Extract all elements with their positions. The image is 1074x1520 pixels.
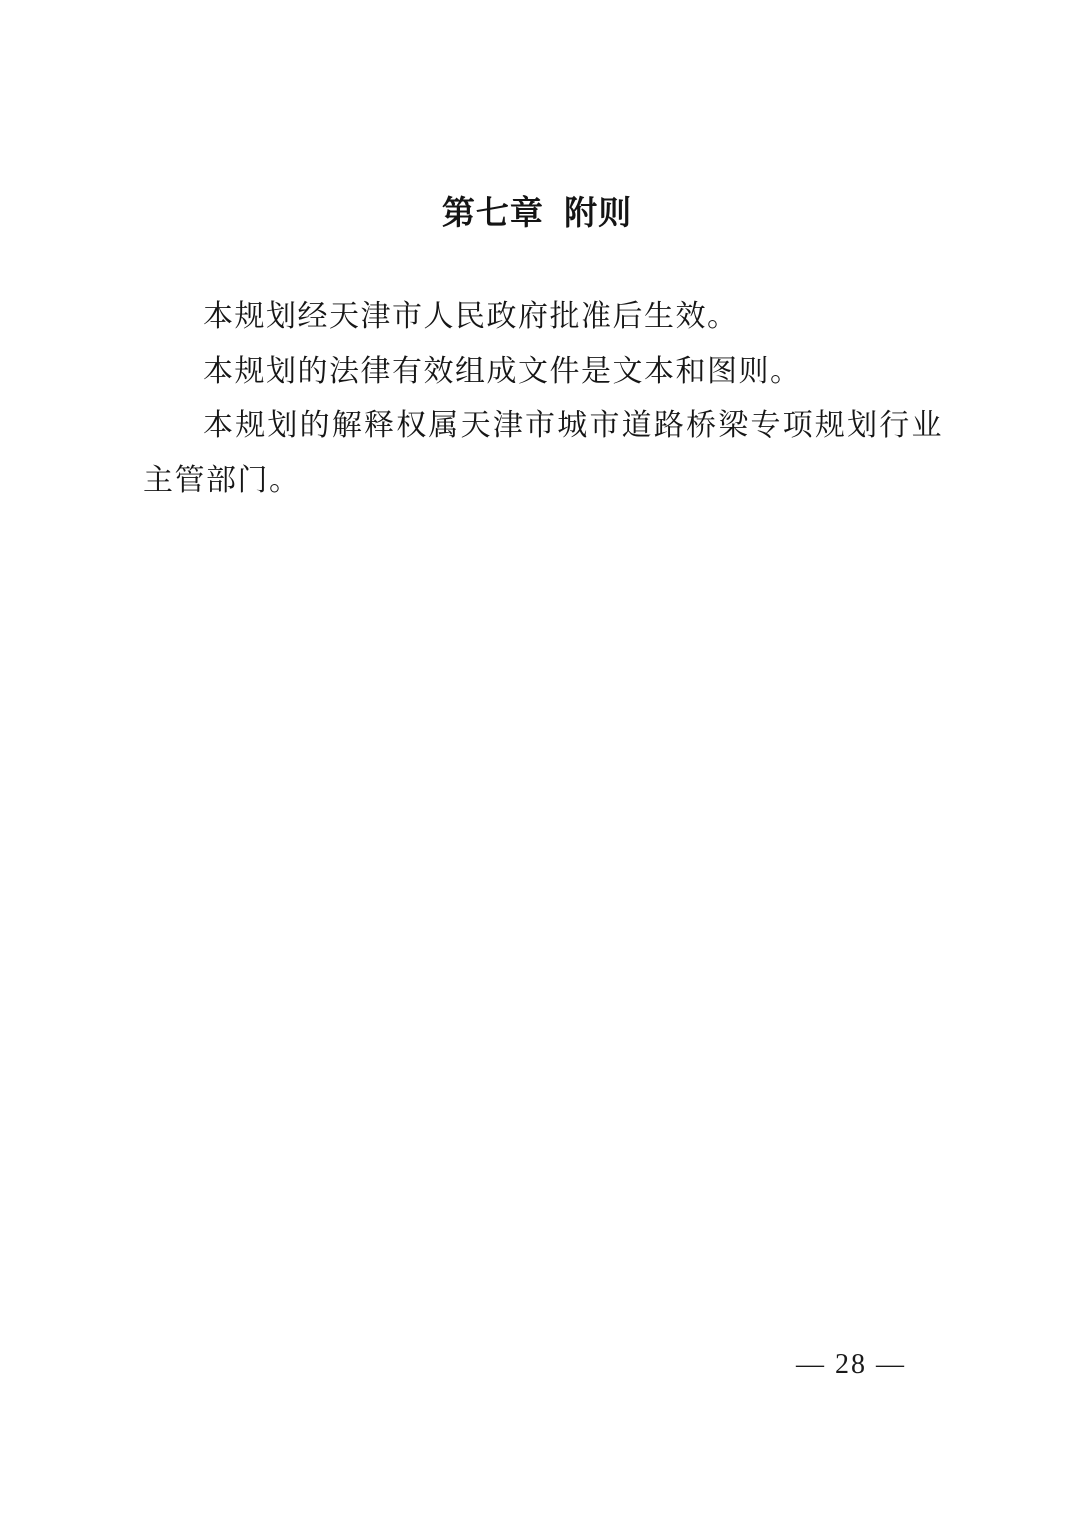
document-page: 第七章 附则 本规划经天津市人民政府批准后生效。 本规划的法律有效组成文件是文本… (0, 0, 1074, 1520)
paragraph: 本规划的解释权属天津市城市道路桥梁专项规划行业主管部门。 (143, 399, 943, 508)
page-number: — 28 — (796, 1348, 906, 1382)
paragraph: 本规划的法律有效组成文件是文本和图则。 (143, 345, 943, 400)
paragraph: 本规划经天津市人民政府批准后生效。 (143, 290, 943, 345)
body-text-block: 本规划经天津市人民政府批准后生效。 本规划的法律有效组成文件是文本和图则。 本规… (143, 290, 943, 508)
chapter-heading: 第七章 附则 (0, 194, 1074, 232)
